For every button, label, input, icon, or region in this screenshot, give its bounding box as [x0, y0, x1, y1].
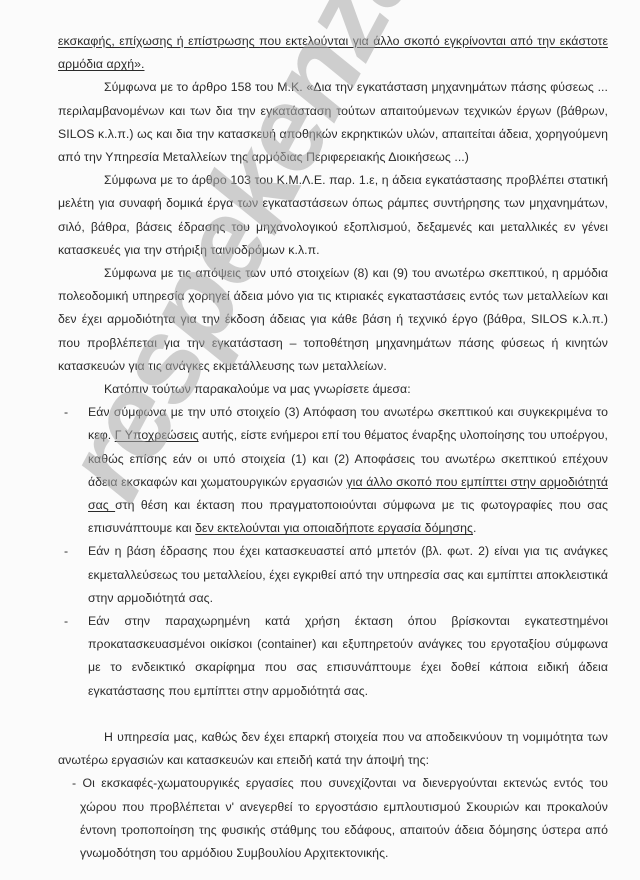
paragraph-closing: Η υπηρεσία μας, καθώς δεν έχει επαρκή στ… [58, 726, 608, 772]
paragraph-opinions: Σύμφωνα με τις απόψεις των υπό στοιχείων… [58, 262, 608, 378]
bullet-text: Εάν η βάση έδρασης που έχει κατασκευαστε… [88, 544, 608, 604]
bullet-dash: - [64, 540, 68, 563]
underlined-text: Γ Υποχρεώσεις [115, 428, 199, 442]
bullet-dash: - [64, 401, 68, 424]
bullet-text: . [473, 521, 476, 535]
document-page: εκσκαφής, επίχωσης ή επίστρωσης που εκτε… [0, 0, 640, 880]
paragraph-request-intro: Κατόπιν τούτων παρακαλούμε να μας γνωρίσ… [58, 378, 608, 401]
paragraph-article-103: Σύμφωνα με το άρθρο 103 του Κ.Μ.Λ.Ε. παρ… [58, 169, 608, 262]
underlined-text: δεν εκτελούνται για οποιαδήποτε εργασία … [195, 521, 473, 535]
quoted-clause-underlined: εκσκαφής, επίχωσης ή επίστρωσης που εκτε… [58, 30, 608, 76]
bullet-text: Εάν στην παραχωρημένη κατά χρήση έκταση … [88, 614, 608, 698]
spacer [58, 703, 608, 726]
paragraph-article-158: Σύμφωνα με το άρθρο 158 του Μ.Κ. «Δια τη… [58, 76, 608, 169]
bullet-list: -Εάν σύμφωνα με την υπό στοιχείο (3) Από… [58, 401, 608, 703]
closing-item: - Οι εκσκαφές-χωματουργικές εργασίες που… [58, 772, 608, 865]
bullet-item: -Εάν στην παραχωρημένη κατά χρήση έκταση… [58, 610, 608, 703]
document-body: εκσκαφής, επίχωσης ή επίστρωσης που εκτε… [58, 30, 608, 865]
bullet-dash: - [64, 610, 68, 633]
bullet-item: -Εάν σύμφωνα με την υπό στοιχείο (3) Από… [58, 401, 608, 540]
bullet-item: -Εάν η βάση έδρασης που έχει κατασκευαστ… [58, 540, 608, 610]
